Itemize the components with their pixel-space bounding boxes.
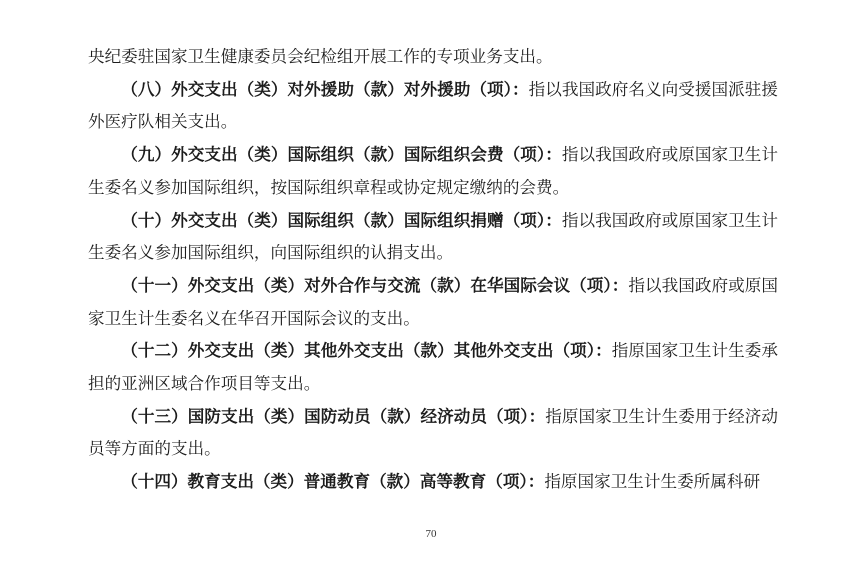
paragraph-lead: （九）外交支出（类）国际组织（款）国际组织会费（项）： bbox=[121, 145, 562, 164]
paragraph: （十）外交支出（类）国际组织（款）国际组织捐赠（项）：指以我国政府或原国家卫生计… bbox=[88, 205, 778, 270]
paragraph-lead: （十一）外交支出（类）对外合作与交流（款）在华国际会议（项）： bbox=[121, 276, 628, 295]
paragraph-body: 指原国家卫生计生委所属科研 bbox=[544, 472, 760, 491]
paragraph: （十二）外交支出（类）其他外交支出（款）其他外交支出（项）：指原国家卫生计生委承… bbox=[88, 335, 778, 400]
paragraph-body: 央纪委驻国家卫生健康委员会纪检组开展工作的专项业务支出。 bbox=[88, 47, 553, 66]
document-body: 央纪委驻国家卫生健康委员会纪检组开展工作的专项业务支出。 （八）外交支出（类）对… bbox=[88, 41, 778, 499]
paragraph-lead: （十四）教育支出（类）普通教育（款）高等教育（项）： bbox=[121, 472, 544, 491]
paragraph-lead: （八）外交支出（类）对外援助（款）对外援助（项）： bbox=[121, 80, 528, 99]
paragraph-lead: （十）外交支出（类）国际组织（款）国际组织捐赠（项）： bbox=[121, 211, 562, 230]
paragraph-lead: （十二）外交支出（类）其他外交支出（款）其他外交支出（项）： bbox=[121, 341, 612, 360]
paragraph: （九）外交支出（类）国际组织（款）国际组织会费（项）：指以我国政府或原国家卫生计… bbox=[88, 139, 778, 204]
page-number: 70 bbox=[0, 528, 862, 540]
paragraph: （十一）外交支出（类）对外合作与交流（款）在华国际会议（项）：指以我国政府或原国… bbox=[88, 270, 778, 335]
paragraph-lead: （十三）国防支出（类）国防动员（款）经济动员（项）： bbox=[121, 407, 545, 426]
paragraph: 央纪委驻国家卫生健康委员会纪检组开展工作的专项业务支出。 bbox=[88, 41, 778, 74]
paragraph: （十四）教育支出（类）普通教育（款）高等教育（项）：指原国家卫生计生委所属科研 bbox=[88, 466, 778, 499]
document-page: 央纪委驻国家卫生健康委员会纪检组开展工作的专项业务支出。 （八）外交支出（类）对… bbox=[0, 0, 862, 582]
paragraph: （八）外交支出（类）对外援助（款）对外援助（项）：指以我国政府名义向受援国派驻援… bbox=[88, 74, 778, 139]
paragraph: （十三）国防支出（类）国防动员（款）经济动员（项）：指原国家卫生计生委用于经济动… bbox=[88, 401, 778, 466]
